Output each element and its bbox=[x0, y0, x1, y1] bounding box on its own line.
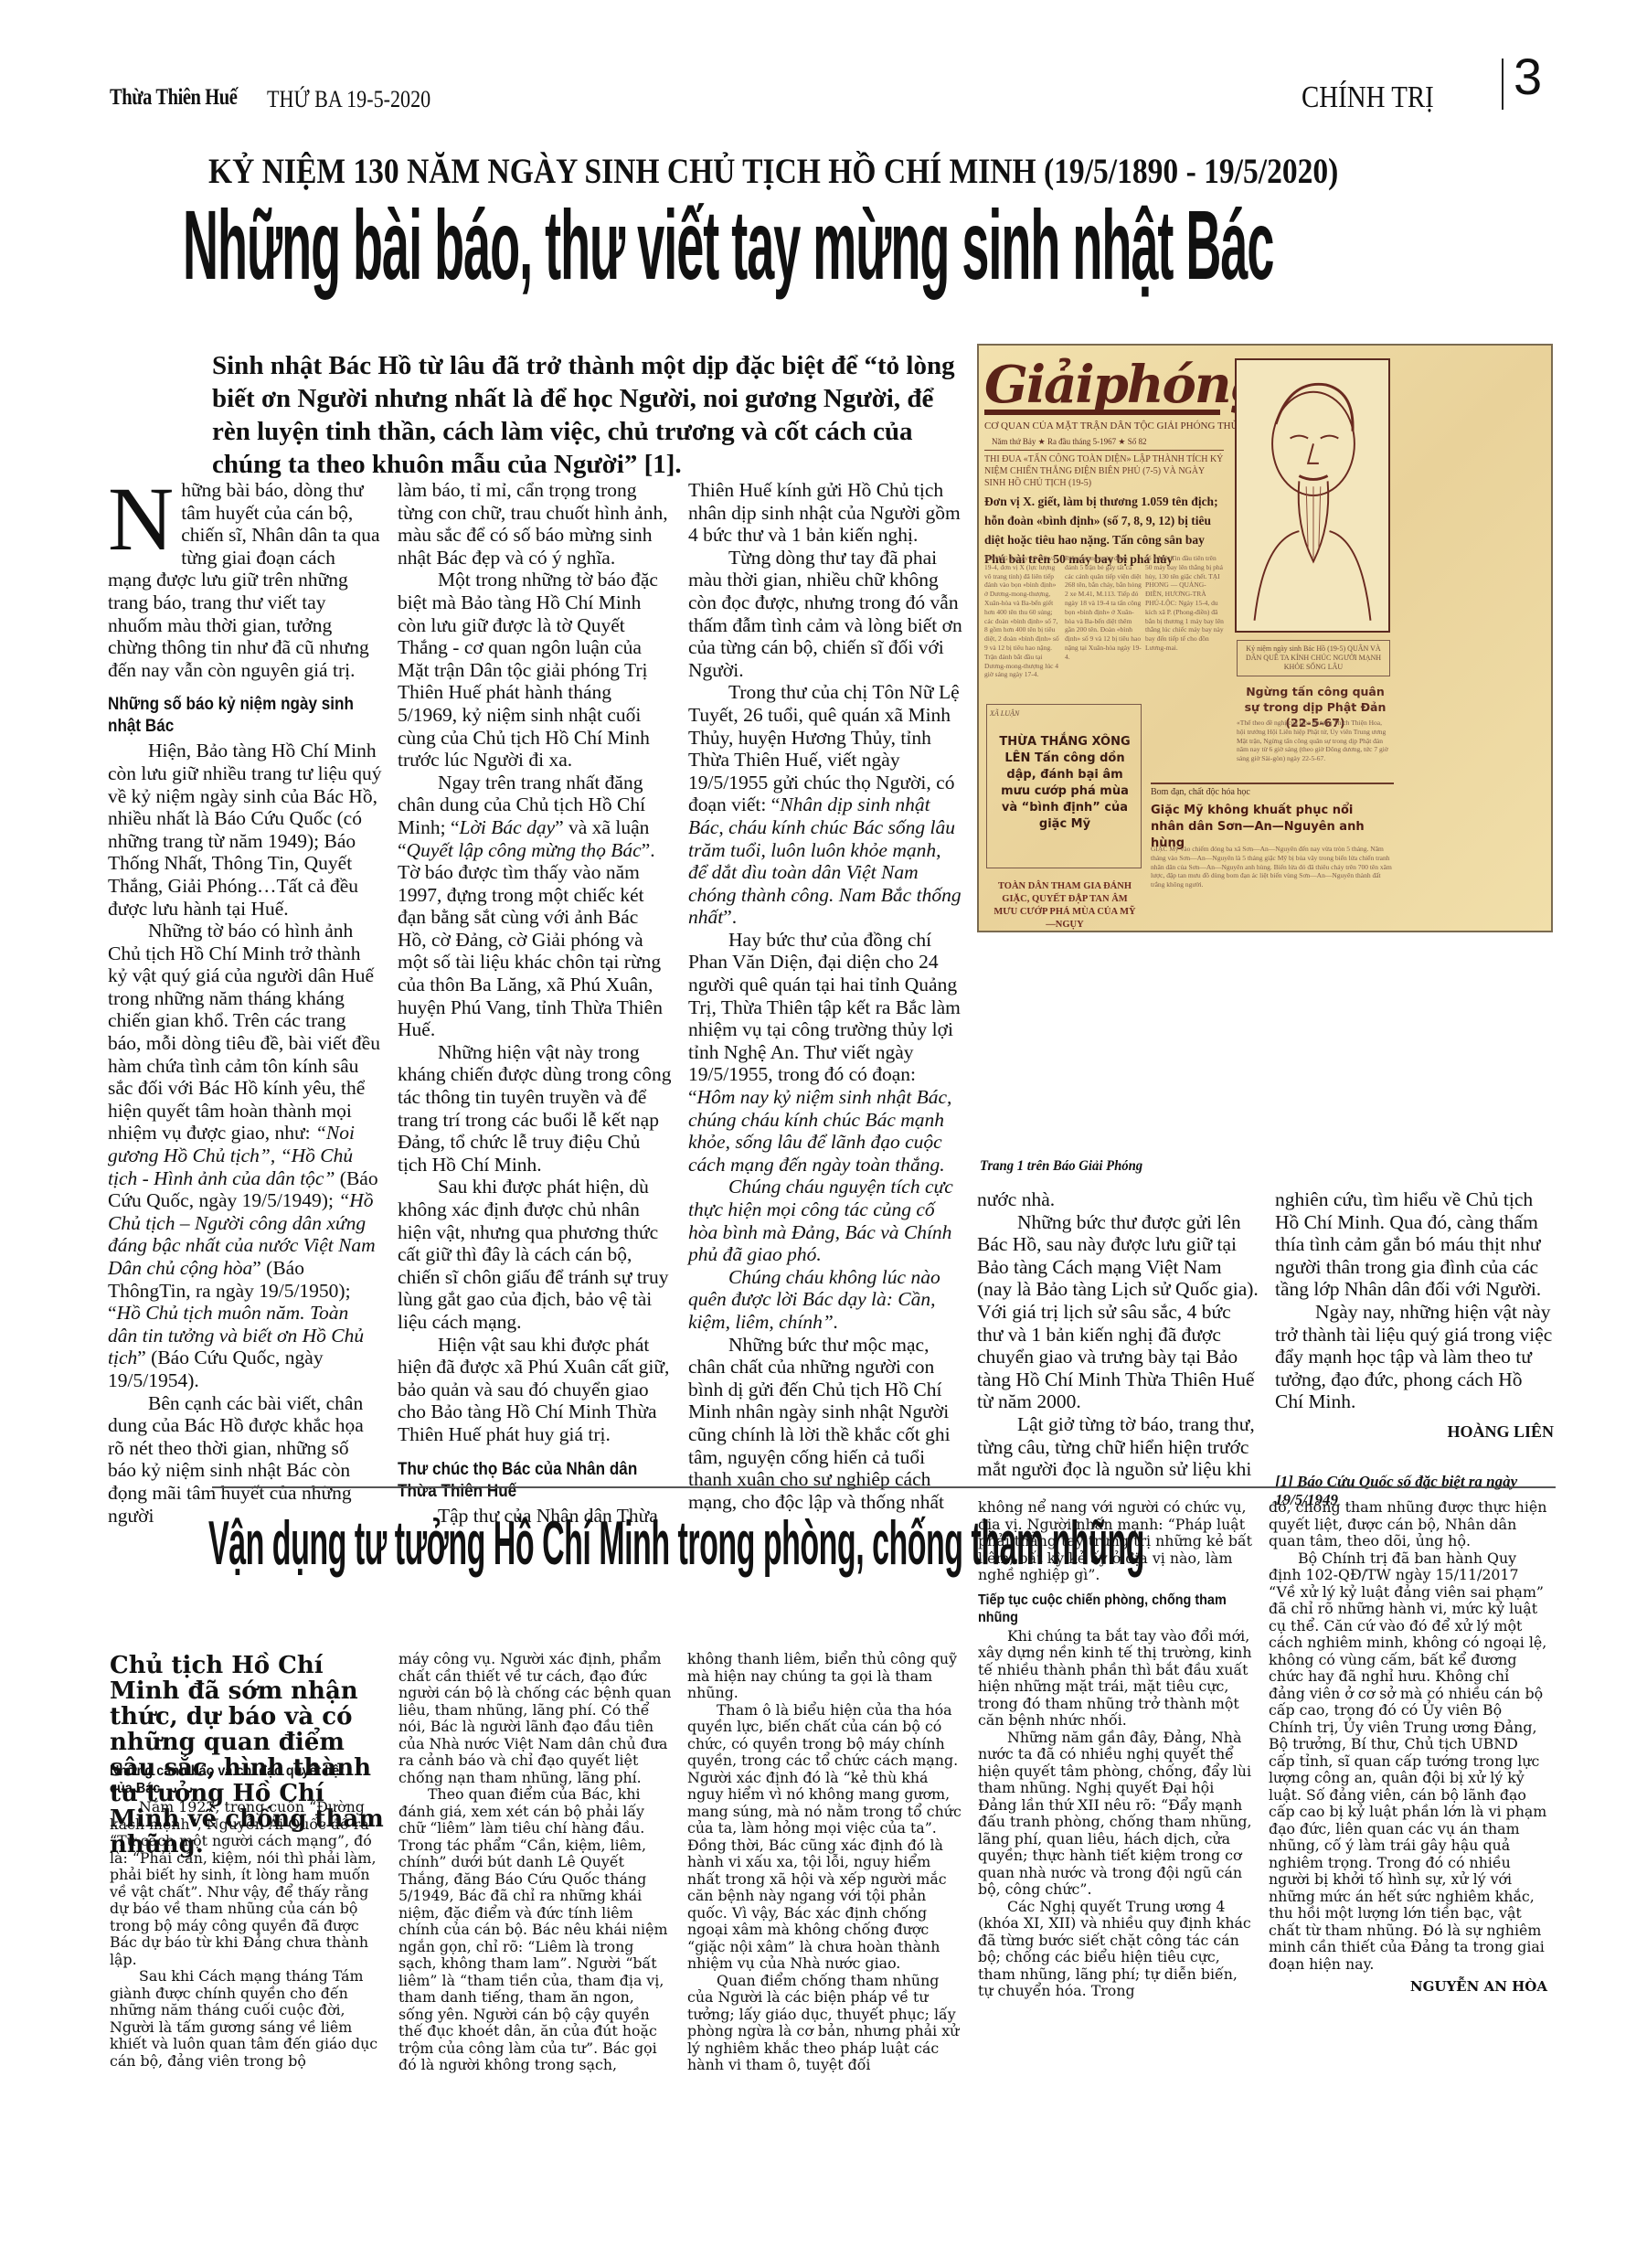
dropcap: N bbox=[108, 483, 174, 556]
paragraph: Theo quan điểm của Bác, khi đánh giá, xe… bbox=[398, 1786, 673, 2074]
paragraph: Ngày nay, những hiện vật này trở thành t… bbox=[1275, 1301, 1554, 1413]
article1-sapo: Sinh nhật Bác Hồ từ lâu đã trở thành một… bbox=[212, 349, 971, 481]
subheading: Tiếp tục cuộc chiến phòng, chống tham nh… bbox=[978, 1592, 1229, 1626]
paragraph: Những bức thư được gửi lên Bác Hồ, sau n… bbox=[977, 1211, 1260, 1413]
article1-column-1: N hững bài báo, dòng thư tâm huyết của c… bbox=[108, 479, 382, 1527]
ho-chi-minh-portrait-sketch bbox=[1235, 358, 1390, 633]
page-number-divider bbox=[1502, 59, 1504, 110]
article2-byline: NGUYỄN AN HÒA bbox=[1269, 1978, 1547, 1996]
paragraph: Sau khi Cách mạng tháng Tám giành được c… bbox=[110, 1968, 380, 2070]
paragraph: Hiện vật sau khi được phát hiện đã được … bbox=[398, 1334, 672, 1446]
paragraph: Quan điểm chống tham nhũng của Người là … bbox=[687, 1973, 966, 2074]
giai-phong-front-page-photo: Giảiphóng CƠ QUAN CỦA MẶT TRẬN DÂN TỘC G… bbox=[977, 344, 1553, 932]
page-number: 3 bbox=[1514, 51, 1542, 102]
paragraph: máy công vụ. Người xác định, phẩm chất c… bbox=[398, 1651, 673, 1786]
portrait-icon bbox=[1237, 360, 1388, 631]
paragraph: Trong thư của chị Tôn Nữ Lệ Tuyết, 26 tu… bbox=[688, 681, 962, 929]
paragraph: Những hiện vật này trong kháng chiến đượ… bbox=[398, 1041, 672, 1177]
paragraph: Từng dòng thư tay đã phai màu thời gian,… bbox=[688, 547, 962, 682]
paragraph: đó, chống tham nhũng được thực hiện quyế… bbox=[1269, 1499, 1547, 1550]
article1-kicker: KỶ NIỆM 130 NĂM NGÀY SINH CHỦ TỊCH HỒ CH… bbox=[208, 151, 1338, 192]
paragraph: Hay bức thư của đồng chí Phan Văn Diện, … bbox=[688, 929, 962, 1177]
article2-column-5: đó, chống tham nhũng được thực hiện quyế… bbox=[1269, 1499, 1547, 1996]
section-name: CHÍNH TRỊ bbox=[1302, 80, 1434, 115]
paragraph: Bộ Chính trị đã ban hành Quy định 102-QĐ… bbox=[1269, 1550, 1547, 1974]
subheading: Những cảnh báo và chỉ đạo quyết liệt của… bbox=[110, 1762, 353, 1797]
article1-column-2: làm báo, tỉ mỉ, cẩn trọng trong từng con… bbox=[398, 479, 672, 1527]
paragraph: làm báo, tỉ mỉ, cẩn trọng trong từng con… bbox=[398, 479, 672, 569]
paragraph: Năm 1927, trong cuốn “Đường kách mệnh”, … bbox=[110, 1799, 380, 1968]
paragraph: Các Nghị quyết Trung ương 4 (khóa XI, XI… bbox=[978, 1899, 1257, 2000]
paragraph: Chúng cháu nguyện tích cực thực hiện mọi… bbox=[688, 1176, 962, 1265]
article2-column-3: không thanh liêm, biển thủ công quỹ mà h… bbox=[687, 1651, 966, 2074]
paragraph: Một trong những tờ báo đặc biệt mà Bảo t… bbox=[398, 569, 672, 771]
article1-byline: HOÀNG LIÊN bbox=[1275, 1421, 1554, 1443]
article2-column-2: máy công vụ. Người xác định, phẩm chất c… bbox=[398, 1651, 673, 2074]
newspaper-name: Thừa Thiên Huế bbox=[110, 85, 237, 111]
issue-date: THỨ BA 19-5-2020 bbox=[267, 86, 430, 113]
article1-headline: Những bài báo, thư viết tay mừng sinh nh… bbox=[183, 196, 1273, 294]
paragraph: nước nhà. bbox=[977, 1188, 1260, 1211]
article2-column-1: Những cảnh báo và chỉ đạo quyết liệt của… bbox=[110, 1755, 380, 2070]
paragraph: Những tờ báo có hình ảnh Chủ tịch Hồ Chí… bbox=[108, 920, 382, 1391]
paragraph: Tham ô là biểu hiện của tha hóa quyền lự… bbox=[687, 1702, 966, 1973]
subheading: Thư chúc thọ Bác của Nhân dân Thừa Thiên… bbox=[398, 1459, 644, 1503]
photo-caption: Trang 1 trên Báo Giải Phóng bbox=[980, 1158, 1142, 1175]
paragraph: Thiên Huế kính gửi Hồ Chủ tịch nhân dịp … bbox=[688, 479, 962, 547]
paragraph: nghiên cứu, tìm hiểu về Chủ tịch Hồ Chí … bbox=[1275, 1188, 1554, 1301]
paragraph: Chúng cháu không lúc nào quên được lời B… bbox=[688, 1266, 962, 1334]
article-divider bbox=[212, 1486, 1556, 1488]
paragraph: Ngay trên trang nhất đăng chân dung của … bbox=[398, 772, 672, 1041]
article2-column-4: không nể nang với người có chức vụ, địa … bbox=[978, 1499, 1257, 2000]
subheading: Những số báo kỷ niệm ngày sinh nhật Bác bbox=[108, 694, 355, 738]
paragraph: Lật giở từng tờ báo, trang thư, từng câu… bbox=[977, 1413, 1260, 1481]
paragraph: Khi chúng ta bắt tay vào đổi mới, xây dự… bbox=[978, 1628, 1257, 1730]
giai-phong-masthead: Giảiphóng bbox=[984, 355, 1264, 415]
paragraph: Hiện, Bảo tàng Hồ Chí Minh còn lưu giữ n… bbox=[108, 740, 382, 920]
paragraph: Bên cạnh các bài viết, chân dung của Bác… bbox=[108, 1392, 382, 1528]
paragraph: Những năm gần đây, Đảng, Nhà nước ta đã … bbox=[978, 1730, 1257, 1899]
article1-column-3: Thiên Huế kính gửi Hồ Chủ tịch nhân dịp … bbox=[688, 479, 962, 1513]
paragraph: không thanh liêm, biển thủ công quỹ mà h… bbox=[687, 1651, 966, 1702]
article1-column-5: nghiên cứu, tìm hiểu về Chủ tịch Hồ Chí … bbox=[1275, 1188, 1554, 1509]
paragraph: không nể nang với người có chức vụ, địa … bbox=[978, 1499, 1257, 1584]
article1-column-4: nước nhà. Những bức thư được gửi lên Bác… bbox=[977, 1188, 1260, 1481]
paragraph: Sau khi được phát hiện, dù không xác địn… bbox=[398, 1176, 672, 1333]
